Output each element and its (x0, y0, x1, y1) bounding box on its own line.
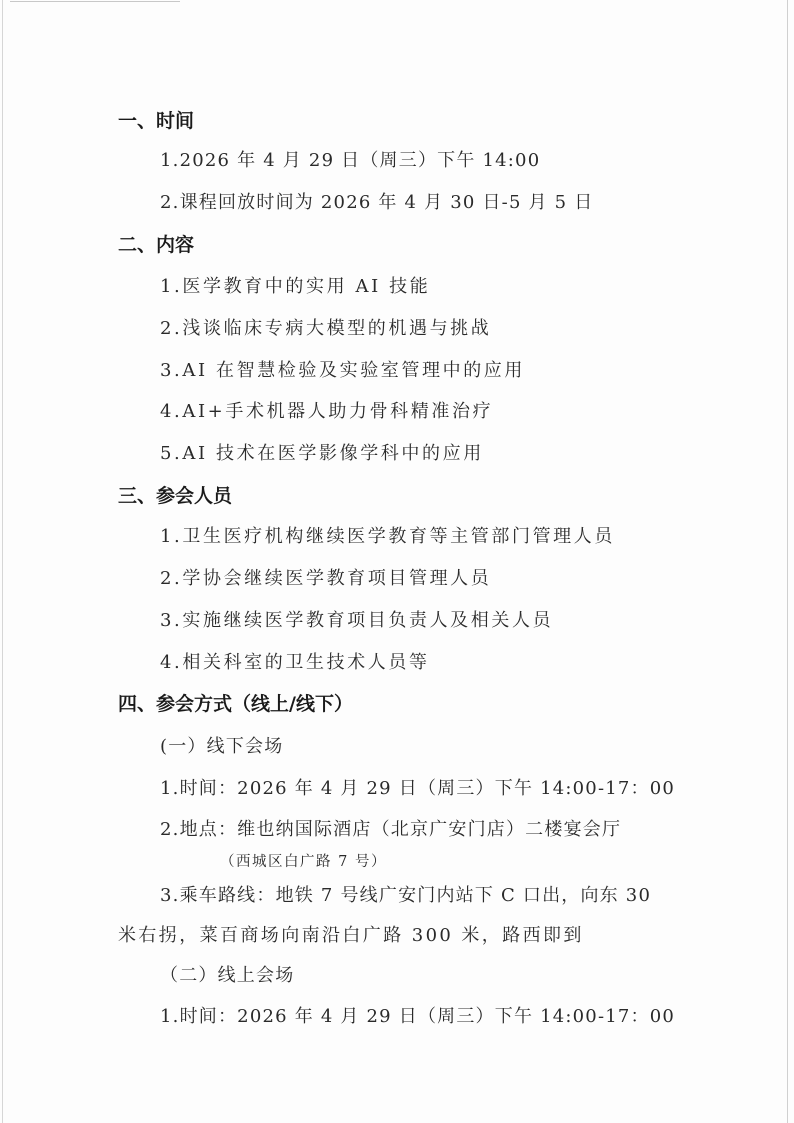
offline-route: 3.乘车路线：地铁 7 号线广安门内站下 C 口出，向东 30 (160, 884, 651, 908)
list-item: 1.医学教育中的实用 AI 技能 (160, 275, 430, 299)
list-item: 3.实施继续医学教育项目负责人及相关人员 (160, 609, 553, 633)
list-item: 1.2026 年 4 月 29 日（周三）下午 14:00 (160, 149, 540, 173)
list-item: 3.AI 在智慧检验及实验室管理中的应用 (160, 359, 525, 383)
section-heading-time: 一、时间 (118, 109, 194, 133)
list-item: 2.课程回放时间为 2026 年 4 月 30 日-5 月 5 日 (160, 191, 593, 215)
list-item: 2.学协会继续医学教育项目管理人员 (160, 567, 491, 591)
section-heading-content: 二、内容 (118, 233, 194, 257)
list-item: 1.卫生医疗机构继续医学教育等主管部门管理人员 (160, 525, 615, 549)
list-item: 4.AI+手术机器人助力骨科精准治疗 (160, 400, 493, 424)
subheading-online-venue: （二）线上会场 (160, 964, 294, 988)
page-edge (10, 1, 180, 2)
list-item: 5.AI 技术在医学影像学科中的应用 (160, 442, 484, 466)
offline-route-continued: 米右拐，菜百商场向南沿白广路 300 米，路西即到 (118, 924, 584, 948)
section-heading-attendees: 三、参会人员 (118, 484, 232, 508)
offline-time: 1.时间：2026 年 4 月 29 日（周三）下午 14:00-17：00 (160, 777, 675, 801)
subheading-offline-venue: (一）线下会场 (160, 735, 283, 759)
online-time: 1.时间：2026 年 4 月 29 日（周三）下午 14:00-17：00 (160, 1005, 675, 1029)
offline-address: （西城区白广路 7 号） (220, 850, 387, 874)
page-edge (787, 0, 788, 1123)
section-heading-attendance-mode: 四、参会方式（线上/线下） (118, 692, 353, 716)
offline-location: 2.地点：维也纳国际酒店（北京广安门店）二楼宴会厅 (160, 818, 621, 842)
page-edge (2, 0, 3, 1123)
list-item: 4.相关科室的卫生技术人员等 (160, 651, 430, 675)
list-item: 2.浅谈临床专病大模型的机遇与挑战 (160, 317, 491, 341)
